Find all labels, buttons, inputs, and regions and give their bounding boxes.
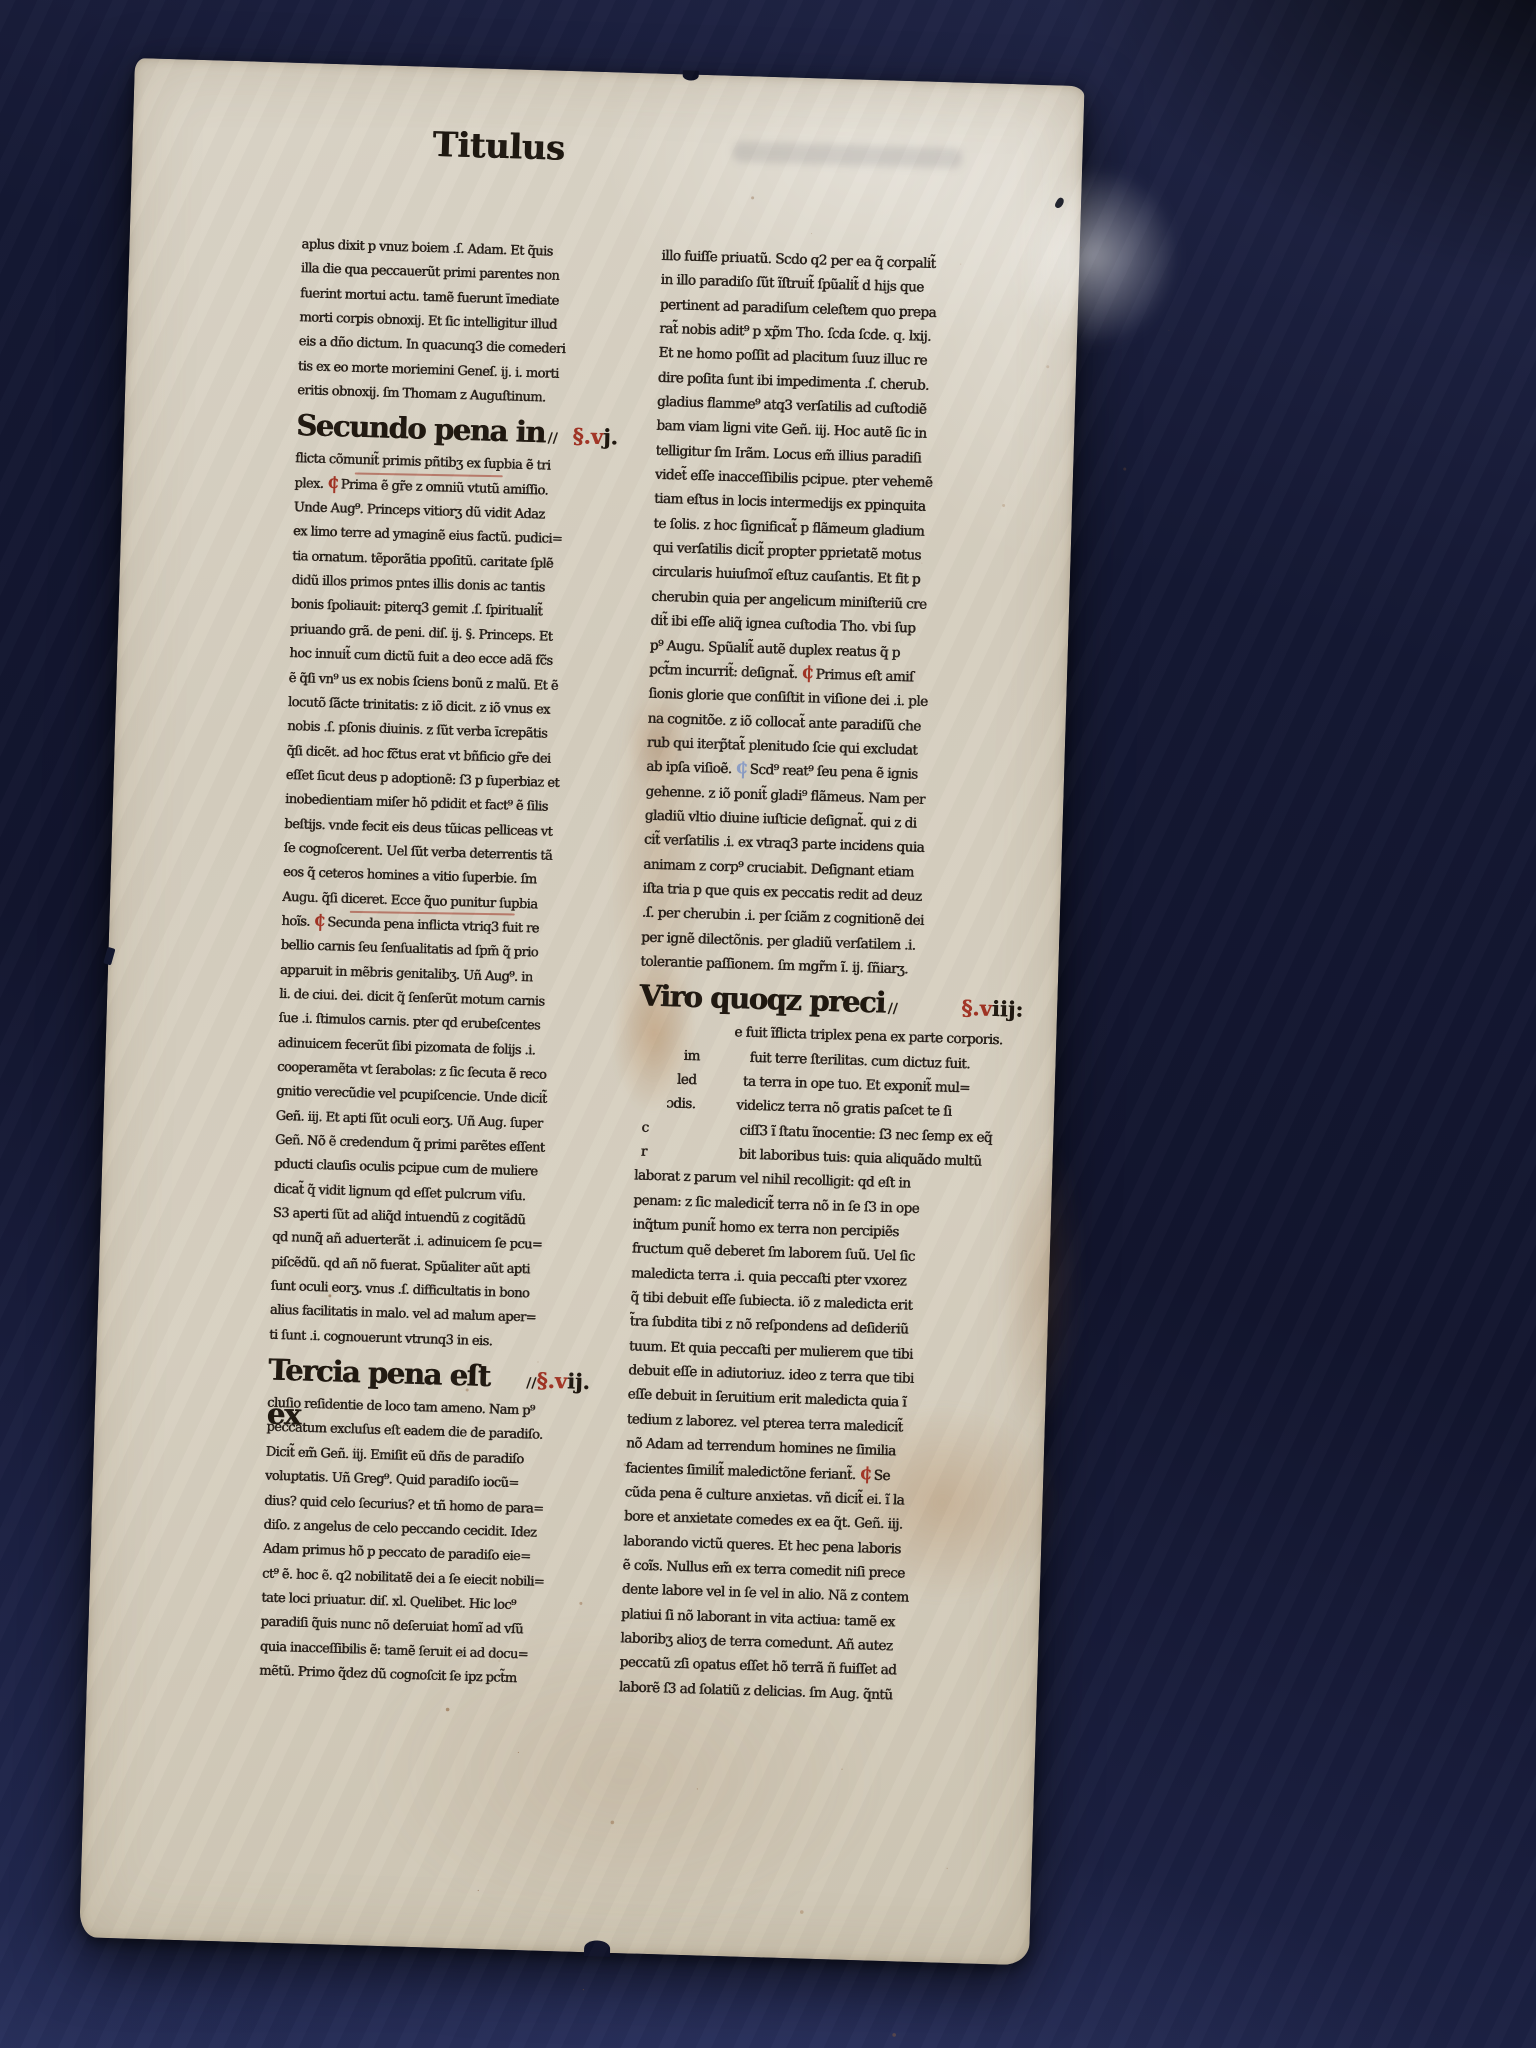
paraph-mark: C [314,911,325,936]
initial-guide-letter: ɔdis. [636,1091,737,1118]
foxing-speckles [446,1708,450,1712]
text-block: aplus dixit p vnuz boiem .ſ. Adam. Et q̃… [297,233,624,413]
ink-speck [1054,196,1066,209]
text-block: e fuit ĩflicta triplex pena ex parte cor… [634,1018,1022,1175]
right-text-column: illo fuiſſe priuatũ. Scdo q2 per ea q̃ c… [619,244,1046,1711]
heading-label: Secundo pena in [296,403,546,454]
incunable-leaf: Titulus aplus dixit p vnuz boiem .ſ. Ada… [79,58,1084,1965]
heading-spacer [898,1013,961,1015]
initial-guide-letter: im [637,1042,750,1070]
photograph-background: { "page": { "running_title": "Titulus", … [0,0,1536,2048]
foxing-speckles [751,196,754,199]
initial-guide-letter: r [634,1139,739,1166]
paraph-mark: C [736,757,747,782]
paraph-mark: C [860,1463,871,1488]
paraph-mark: C [802,662,813,687]
running-title-ghost-offset [732,142,962,169]
paraph-mark: C [328,473,339,498]
text-area: aplus dixit p vnuz boiem .ſ. Adam. Et q̃… [259,233,1046,1710]
text-block: illo fuiſſe priuatũ. Scdo q2 per ea q̃ c… [640,244,1045,985]
initial-guide-letter: led [637,1066,744,1093]
left-text-column: aplus dixit p vnuz boiem .ſ. Adam. Et q̃… [259,233,624,1698]
section-number: §.viij: [961,986,1024,1032]
bottom-edge-nick [584,1940,610,1957]
section-number: §.vij. [536,1359,591,1405]
text-block: laborat z parum vel nihil recolligit: qd… [619,1164,1019,1711]
running-title: Titulus [432,125,565,169]
left-edge-nick [103,947,115,966]
text-block: cluſio reſidentie de loco tam ameno. Nam… [259,1392,590,1694]
heading-label: Viro quoqz preci [639,974,886,1025]
section-number: §.vj. [572,415,619,460]
initial-guide-letter: c [635,1115,740,1142]
text-block: flicta cõmunit̃ primis pñtibʒ ex ſupbia … [269,447,618,1357]
top-edge-nick [683,70,699,80]
